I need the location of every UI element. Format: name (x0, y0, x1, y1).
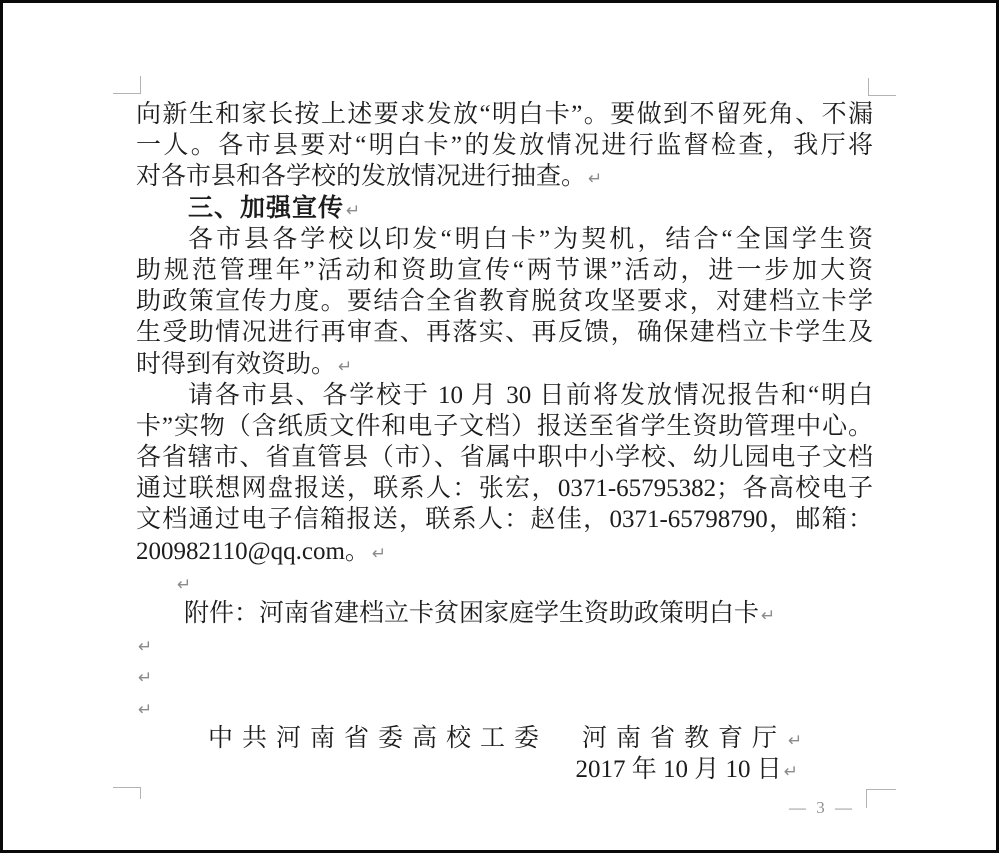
text-line-7: 助政策宣传力度。要结合全省教育脱贫攻坚要求，对建档立卡学 (136, 286, 873, 317)
text-line-12: 各省辖市、省直管县（市）、省属中职中小学校、幼儿园电子文档 (136, 442, 873, 473)
paragraph-mark-icon: ↵ (175, 575, 191, 595)
text-line-10: 请各市县、各学校于 10 月 30 日前将发放情况报告和“明白 (136, 380, 873, 411)
paragraph-mark-icon: ↵ (344, 201, 360, 221)
text-line-6: 助规范管理年”活动和资助宣传“两节课”活动，进一步加大资 (136, 255, 873, 286)
text-line-content: 各省辖市、省直管县（市）、省属中职中小学校、幼儿园电子文档 (136, 444, 873, 471)
crop-mark-top-right-icon (868, 78, 896, 96)
paragraph-mark-icon: ↵ (786, 731, 802, 751)
crop-mark-bottom-left-icon (113, 787, 141, 799)
text-line-content: 文档通过电子信箱报送，联系人：赵佳，0371-65798790，邮箱： (136, 506, 873, 533)
paragraph-mark-icon: ↵ (370, 544, 386, 564)
text-line-21: 中共河南省委高校工委 河南省教育厅↵ (136, 723, 873, 754)
text-line-17: 附件：河南省建档立卡贫困家庭学生资助政策明白卡↵ (136, 598, 873, 629)
text-line-content: 附件：河南省建档立卡贫困家庭学生资助政策明白卡 (184, 600, 759, 627)
text-line-2: 一人。各市县要对“明白卡”的发放情况进行监督检查，我厅将 (136, 130, 873, 161)
page-number: — 3 — (789, 798, 879, 818)
text-line-content: 中共河南省委高校工委 河南省教育厅 (208, 725, 786, 752)
text-line-8: 生受助情况进行再审查、再落实、再反馈，确保建档立卡学生及 (136, 317, 873, 348)
text-line-content: 时得到有效资助。 (136, 351, 336, 378)
text-line-19: ↵ (136, 660, 873, 691)
text-line-content: 请各市县、各学校于 10 月 30 日前将发放情况报告和“明白 (188, 382, 873, 409)
text-line-content: 助政策宣传力度。要结合全省教育脱贫攻坚要求，对建档立卡学 (136, 288, 873, 315)
text-line-content: 生受助情况进行再审查、再落实、再反馈，确保建档立卡学生及 (136, 319, 873, 346)
paragraph-mark-icon: ↵ (136, 637, 152, 657)
paragraph-mark-icon: ↵ (586, 169, 602, 189)
text-line-13: 通过联想网盘报送，联系人：张宏，0371-65795382；各高校电子 (136, 473, 873, 504)
text-line-content: 200982110@qq.com。 (136, 538, 370, 565)
paragraph-mark-icon: ↵ (759, 606, 775, 626)
text-line-content: 对各市县和各学校的发放情况进行抽查。 (136, 163, 586, 190)
text-line-20: ↵ (136, 692, 873, 723)
text-line-18: ↵ (136, 629, 873, 660)
document-page: 向新生和家长按上述要求发放“明白卡”。要做到不留死角、不漏一人。各市县要对“明白… (0, 0, 999, 853)
text-line-content: 2017 年 10 月 10 日 (575, 756, 781, 783)
text-line-content: 一人。各市县要对“明白卡”的发放情况进行监督检查，我厅将 (136, 132, 873, 159)
text-line-content: 卡”实物（含纸质文件和电子文档）报送至省学生资助管理中心。 (136, 413, 873, 440)
text-line-11: 卡”实物（含纸质文件和电子文档）报送至省学生资助管理中心。 (136, 411, 873, 442)
paragraph-mark-icon: ↵ (136, 668, 152, 688)
text-line-9: 时得到有效资助。↵ (136, 349, 873, 380)
text-line-content: 通过联想网盘报送，联系人：张宏，0371-65795382；各高校电子 (136, 475, 873, 502)
text-line-content: 三、加强宣传 (188, 194, 344, 222)
crop-mark-top-left-icon (113, 76, 141, 94)
text-line-15: 200982110@qq.com。↵ (136, 536, 873, 567)
text-line-4: 三、加强宣传↵ (136, 193, 873, 224)
text-line-content: 各市县各学校以印发“明白卡”为契机，结合“全国学生资 (188, 226, 873, 253)
text-line-1: 向新生和家长按上述要求发放“明白卡”。要做到不留死角、不漏 (136, 99, 873, 130)
paragraph-mark-icon: ↵ (136, 700, 152, 720)
text-line-content: 助规范管理年”活动和资助宣传“两节课”活动，进一步加大资 (136, 257, 873, 284)
text-line-16: ↵ (136, 567, 873, 598)
text-line-content: 向新生和家长按上述要求发放“明白卡”。要做到不留死角、不漏 (136, 101, 873, 128)
text-line-5: 各市县各学校以印发“明白卡”为契机，结合“全国学生资 (136, 224, 873, 255)
paragraph-mark-icon: ↵ (336, 357, 352, 377)
text-line-3: 对各市县和各学校的发放情况进行抽查。↵ (136, 161, 873, 192)
text-line-14: 文档通过电子信箱报送，联系人：赵佳，0371-65798790，邮箱： (136, 504, 873, 535)
document-text-area: 向新生和家长按上述要求发放“明白卡”。要做到不留死角、不漏一人。各市县要对“明白… (136, 99, 873, 785)
text-line-22: 2017 年 10 月 10 日↵ (136, 754, 873, 785)
paragraph-mark-icon: ↵ (782, 762, 798, 782)
